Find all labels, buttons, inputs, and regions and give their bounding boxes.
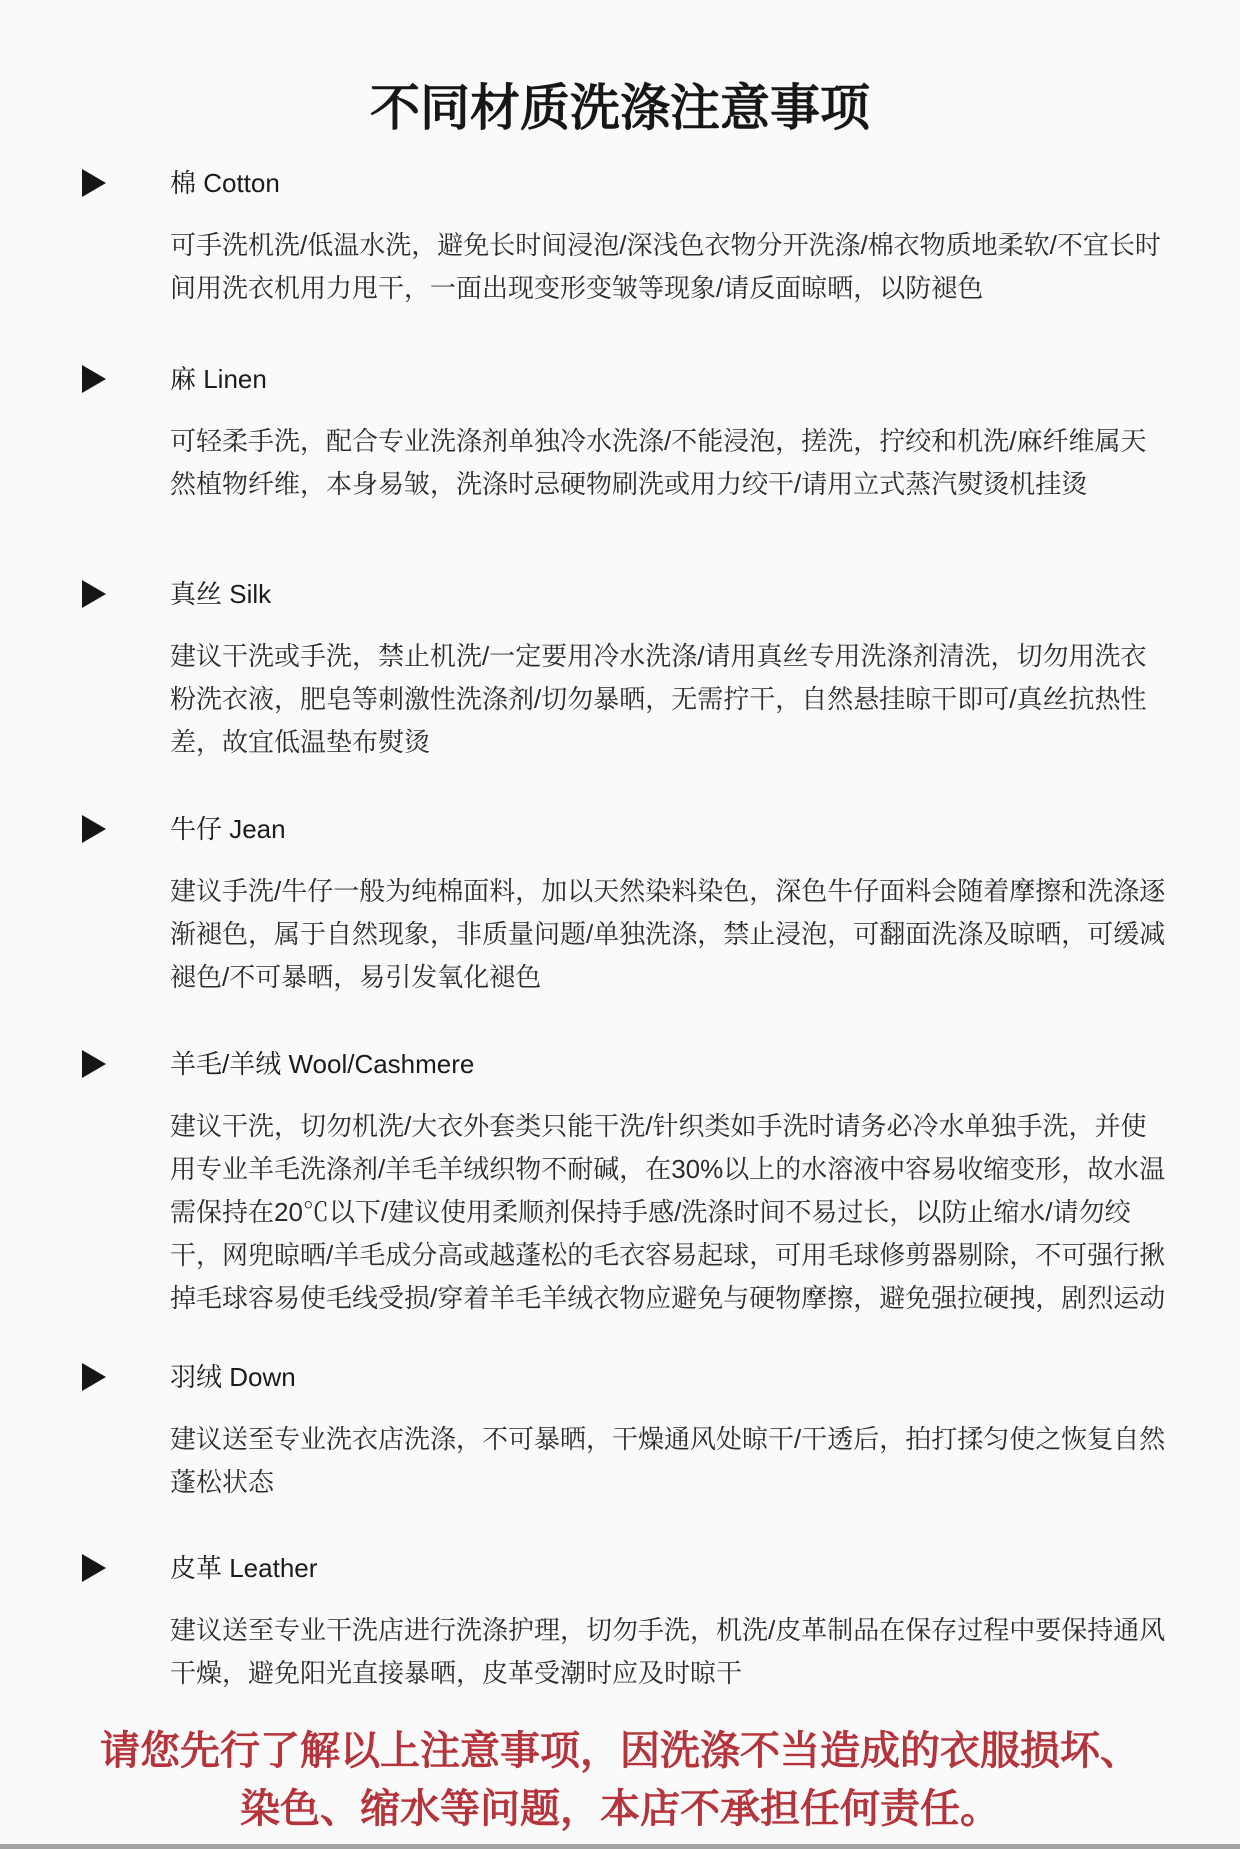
section-wool-cashmere: 羊毛/羊绒 Wool/Cashmere 建议干洗，切勿机洗/大衣外套类只能干洗/…: [0, 1047, 1240, 1320]
section-heading-wool-cashmere: 羊毛/羊绒 Wool/Cashmere: [0, 1047, 1240, 1081]
section-leather: 皮革 Leather 建议送至专业干洗店进行洗涤护理，切勿手洗，机洗/皮革制品在…: [0, 1551, 1240, 1695]
section-body-down: 建议送至专业洗衣店洗涤，不可暴晒，干燥通风处晾干/干透后，拍打揉匀使之恢复自然蓬…: [170, 1418, 1170, 1504]
section-cotton: 棉 Cotton 可手洗机洗/低温水洗，避免长时间浸泡/深浅色衣物分开洗涤/棉衣…: [0, 166, 1240, 310]
triangle-right-icon: [82, 815, 106, 843]
section-body-jean: 建议手洗/牛仔一般为纯棉面料，加以天然染料染色，深色牛仔面料会随着摩擦和洗涤逐渐…: [170, 870, 1170, 999]
triangle-right-icon: [82, 365, 106, 393]
section-body-silk: 建议干洗或手洗，禁止机洗/一定要用冷水洗涤/请用真丝专用洗涤剂清洗，切勿用洗衣粉…: [170, 635, 1170, 764]
page-title: 不同材质洗涤注意事项: [0, 68, 1240, 140]
section-heading-silk: 真丝 Silk: [0, 577, 1240, 611]
section-heading-cotton: 棉 Cotton: [0, 166, 1240, 200]
triangle-right-icon: [82, 1050, 106, 1078]
section-silk: 真丝 Silk 建议干洗或手洗，禁止机洗/一定要用冷水洗涤/请用真丝专用洗涤剂清…: [0, 577, 1240, 764]
triangle-right-icon: [82, 169, 106, 197]
triangle-right-icon: [82, 1363, 106, 1391]
section-body-cotton: 可手洗机洗/低温水洗，避免长时间浸泡/深浅色衣物分开洗涤/棉衣物质地柔软/不宜长…: [170, 224, 1170, 310]
warning-line-1: 请您先行了解以上注意事项，因洗涤不当造成的衣服损坏、: [0, 1722, 1240, 1780]
section-heading-jean: 牛仔 Jean: [0, 812, 1240, 846]
section-body-wool-cashmere: 建议干洗，切勿机洗/大衣外套类只能干洗/针织类如手洗时请务必冷水单独手洗，并使用…: [170, 1105, 1170, 1320]
section-linen: 麻 Linen 可轻柔手洗，配合专业洗涤剂单独冷水洗涤/不能浸泡，搓洗，拧绞和机…: [0, 362, 1240, 506]
section-heading-down: 羽绒 Down: [0, 1360, 1240, 1394]
bottom-edge-shadow: [0, 1844, 1240, 1849]
triangle-right-icon: [82, 580, 106, 608]
warning-line-2: 染色、缩水等问题，本店不承担任何责任。: [0, 1780, 1240, 1838]
section-body-linen: 可轻柔手洗，配合专业洗涤剂单独冷水洗涤/不能浸泡，搓洗，拧绞和机洗/麻纤维属天然…: [170, 420, 1170, 506]
triangle-right-icon: [82, 1554, 106, 1582]
section-jean: 牛仔 Jean 建议手洗/牛仔一般为纯棉面料，加以天然染料染色，深色牛仔面料会随…: [0, 812, 1240, 999]
section-heading-linen: 麻 Linen: [0, 362, 1240, 396]
warning-footer: 请您先行了解以上注意事项，因洗涤不当造成的衣服损坏、 染色、缩水等问题，本店不承…: [0, 1722, 1240, 1838]
section-down: 羽绒 Down 建议送至专业洗衣店洗涤，不可暴晒，干燥通风处晾干/干透后，拍打揉…: [0, 1360, 1240, 1504]
section-heading-leather: 皮革 Leather: [0, 1551, 1240, 1585]
section-body-leather: 建议送至专业干洗店进行洗涤护理，切勿手洗，机洗/皮革制品在保存过程中要保持通风干…: [170, 1609, 1170, 1695]
